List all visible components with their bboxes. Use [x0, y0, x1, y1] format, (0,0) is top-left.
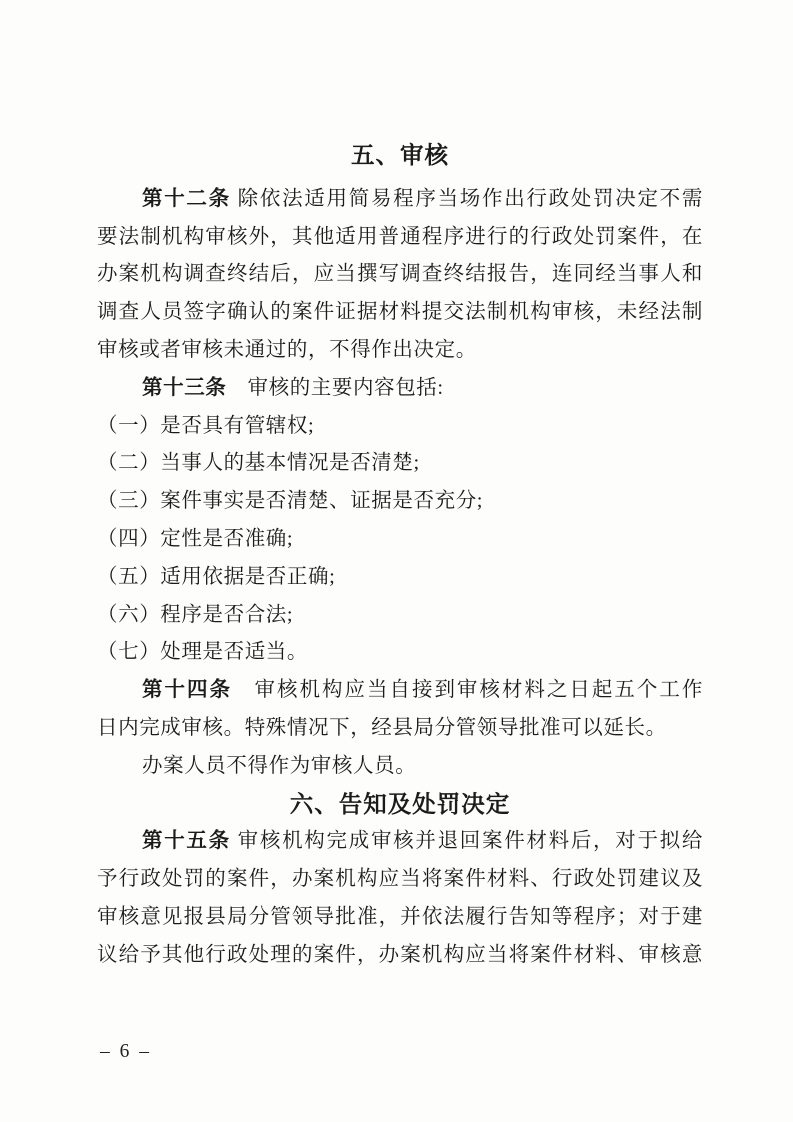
line-text: 议给予其他行政处理的案件，办案机构应当将案件材料、审核意: [97, 944, 703, 966]
line-text: 除依法适用简易程序当场作出行政处罚决定不需: [231, 188, 703, 210]
document-line: （四）定性是否准确;: [97, 521, 703, 559]
line-text: 审核的主要内容包括:: [226, 377, 443, 399]
footer-page-number: – 6 –: [100, 1037, 152, 1067]
document-line: 审核意见报县局分管领导批准，并依法履行告知等程序；对于建: [97, 899, 703, 937]
line-text: （二）当事人的基本情况是否清楚;: [97, 452, 420, 474]
document-line: （二）当事人的基本情况是否清楚;: [97, 445, 703, 483]
section-heading: 六、告知及处罚决定: [97, 786, 703, 824]
document-line: 第十五条 审核机构完成审核并退回案件材料后，对于拟给: [97, 823, 703, 861]
line-text: 办案人员不得作为审核人员。: [142, 755, 416, 777]
document-line: 要法制机构审核外，其他适用普通程序进行的行政处罚案件，在: [97, 219, 703, 257]
line-text: （五）适用依据是否正确;: [97, 566, 335, 588]
line-text: （三）案件事实是否清楚、证据是否充分;: [97, 490, 483, 512]
document-line: 议给予其他行政处理的案件，办案机构应当将案件材料、审核意: [97, 937, 703, 975]
document-line: 第十三条 审核的主要内容包括:: [97, 370, 703, 408]
line-text: （四）定性是否准确;: [97, 528, 293, 550]
document-line: 予行政处罚的案件，办案机构应当将案件材料、行政处罚建议及: [97, 861, 703, 899]
document-line: 办案人员不得作为审核人员。: [97, 748, 703, 786]
document-line: 办案机构调查终结后，应当撰写调查终结报告，连同经当事人和: [97, 256, 703, 294]
document-page: 五、审核第十二条 除依法适用简易程序当场作出行政处罚决定不需要法制机构审核外，其…: [0, 0, 793, 1122]
line-text: 审核机构应当自接到审核材料之日起五个工作: [232, 679, 703, 701]
line-text: 办案机构调查终结后，应当撰写调查终结报告，连同经当事人和: [97, 263, 703, 285]
document-line: （六）程序是否合法;: [97, 597, 703, 635]
document-line: （五）适用依据是否正确;: [97, 559, 703, 597]
line-text: （一）是否具有管辖权;: [97, 415, 314, 437]
document-line: 调查人员签字确认的案件证据材料提交法制机构审核，未经法制: [97, 294, 703, 332]
line-text: 日内完成审核。特殊情况下，经县局分管领导批准可以延长。: [97, 717, 667, 739]
section-heading: 五、审核: [97, 137, 703, 175]
article-number: 第十二条: [142, 188, 231, 210]
document-line: （七）处理是否适当。: [97, 634, 703, 672]
article-number: 第十四条: [142, 679, 232, 701]
line-text: 审核意见报县局分管领导批准，并依法履行告知等程序；对于建: [97, 906, 703, 928]
document-content: 五、审核第十二条 除依法适用简易程序当场作出行政处罚决定不需要法制机构审核外，其…: [97, 137, 703, 975]
document-line: 日内完成审核。特殊情况下，经县局分管领导批准可以延长。: [97, 710, 703, 748]
document-line: （一）是否具有管辖权;: [97, 408, 703, 446]
line-text: 审核机构完成审核并退回案件材料后，对于拟给: [231, 830, 703, 852]
document-line: 第十四条 审核机构应当自接到审核材料之日起五个工作: [97, 672, 703, 710]
document-line: （三）案件事实是否清楚、证据是否充分;: [97, 483, 703, 521]
article-number: 第十三条: [142, 377, 226, 399]
line-text: 审核或者审核未通过的，不得作出决定。: [97, 339, 477, 361]
line-text: （六）程序是否合法;: [97, 604, 293, 626]
line-text: （七）处理是否适当。: [97, 641, 308, 663]
line-text: 予行政处罚的案件，办案机构应当将案件材料、行政处罚建议及: [97, 868, 703, 890]
line-text: 调查人员签字确认的案件证据材料提交法制机构审核，未经法制: [97, 301, 703, 323]
document-line: 第十二条 除依法适用简易程序当场作出行政处罚决定不需: [97, 181, 703, 219]
article-number: 第十五条: [142, 830, 231, 852]
line-text: 要法制机构审核外，其他适用普通程序进行的行政处罚案件，在: [97, 226, 703, 248]
document-line: 审核或者审核未通过的，不得作出决定。: [97, 332, 703, 370]
